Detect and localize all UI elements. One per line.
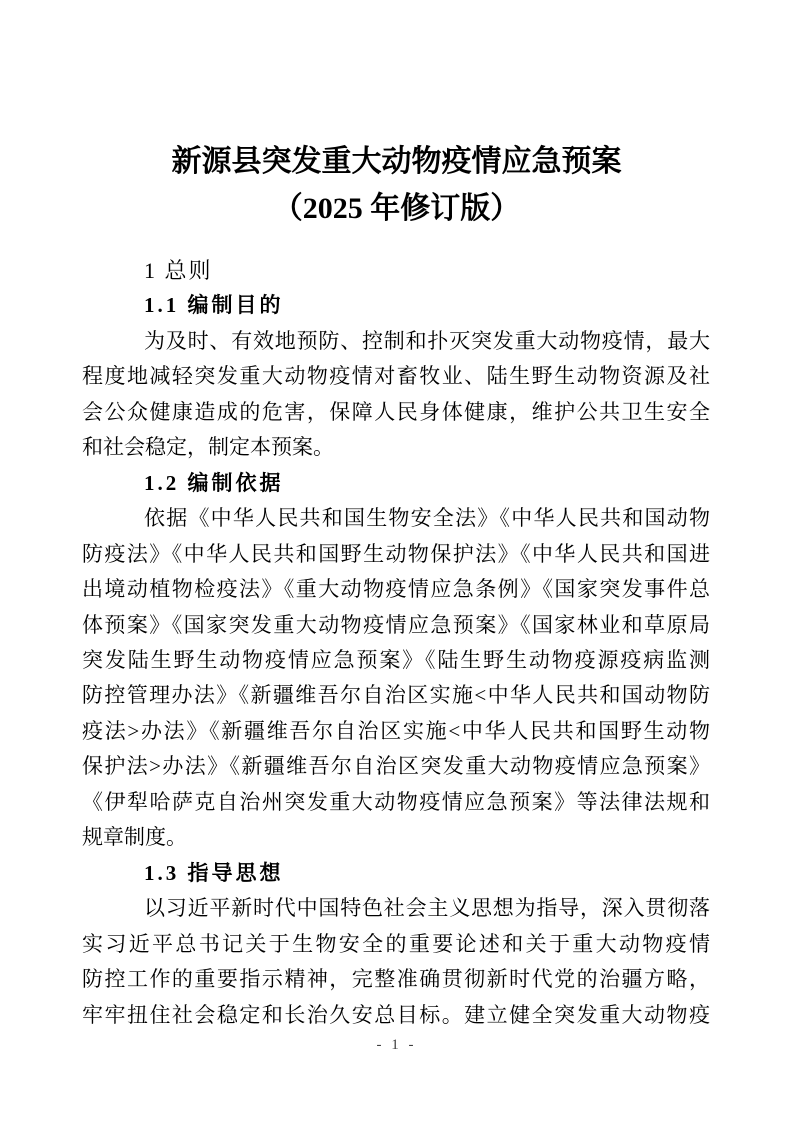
paragraph-line: 《伊犁哈萨克自治州突发重大动物疫情应急预案》等法律法规和 (82, 785, 710, 820)
paragraph-line: 疫法>办法》《新疆维吾尔自治区实施<中华人民共和国野生动物 (82, 714, 710, 749)
paragraph-line: 程度地减轻突发重大动物疫情对畜牧业、陆生野生动物资源及社 (82, 359, 710, 394)
paragraph-line: 防控工作的重要指示精神，完整准确贯彻新时代党的治疆方略， (82, 962, 710, 997)
document-page: 新源县突发重大动物疫情应急预案 （2025 年修订版） 1 总则1.1 编制目的… (0, 0, 793, 1122)
paragraph-line: 保护法>办法》《新疆维吾尔自治区突发重大动物疫情应急预案》 (82, 749, 710, 784)
document-title: 新源县突发重大动物疫情应急预案 （2025 年修订版） (0, 138, 793, 232)
paragraph-line: 和社会稳定，制定本预案。 (82, 430, 710, 465)
paragraph-line: 体预案》《国家突发重大动物疫情应急预案》《国家林业和草原局 (82, 608, 710, 643)
section-heading: 1.3 指导思想 (82, 856, 710, 891)
section-heading: 1 总则 (82, 253, 710, 288)
page-number: - 1 - (377, 1037, 417, 1053)
paragraph-line: 以习近平新时代中国特色社会主义思想为指导，深入贯彻落 (82, 891, 710, 926)
document-title-line1: 新源县突发重大动物疫情应急预案 (0, 138, 793, 185)
section-heading: 1.1 编制目的 (82, 288, 710, 323)
paragraph-line: 规章制度。 (82, 820, 710, 855)
paragraph-line: 牢牢扭住社会稳定和长治久安总目标。建立健全突发重大动物疫 (82, 998, 710, 1033)
paragraph-line: 防控管理办法》《新疆维吾尔自治区实施<中华人民共和国动物防 (82, 678, 710, 713)
paragraph-line: 为及时、有效地预防、控制和扑灭突发重大动物疫情，最大 (82, 324, 710, 359)
section-heading: 1.2 编制依据 (82, 466, 710, 501)
paragraph-line: 出境动植物检疫法》《重大动物疫情应急条例》《国家突发事件总 (82, 572, 710, 607)
paragraph-line: 实习近平总书记关于生物安全的重要论述和关于重大动物疫情 (82, 927, 710, 962)
document-title-line2: （2025 年修订版） (0, 185, 793, 232)
paragraph-line: 突发陆生野生动物疫情应急预案》《陆生野生动物疫源疫病监测 (82, 643, 710, 678)
page-footer: - 1 - (0, 1034, 793, 1056)
paragraph-line: 防疫法》《中华人民共和国野生动物保护法》《中华人民共和国进 (82, 537, 710, 572)
document-body: 1 总则1.1 编制目的为及时、有效地预防、控制和扑灭突发重大动物疫情，最大程度… (82, 253, 710, 1033)
paragraph-line: 依据《中华人民共和国生物安全法》《中华人民共和国动物 (82, 501, 710, 536)
paragraph-line: 会公众健康造成的危害，保障人民身体健康，维护公共卫生安全 (82, 395, 710, 430)
